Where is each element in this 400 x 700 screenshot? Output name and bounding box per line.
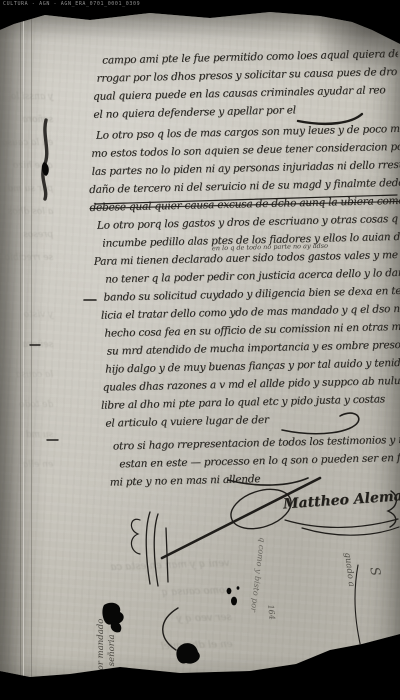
bleedthrough-line: señora (16, 330, 53, 360)
bleedthrough-line: en ella (16, 450, 53, 480)
bleedthrough-line: su md (16, 420, 53, 450)
marginalia-left-vertical: qui por mandado de su señoria (96, 619, 118, 692)
bleedthrough-line: en el dho quel (113, 631, 233, 662)
manuscript-page: y anssi loseñoraen la causaq se hizopor … (0, 0, 400, 700)
marginalia-right-paraph: S (368, 566, 380, 577)
signature-mateo-aleman: Mattheo Aleman (283, 487, 400, 512)
ink-dot (237, 586, 240, 590)
marginalia-line: qui por mandado (96, 619, 107, 692)
bleedthrough-line: de todo (16, 390, 53, 420)
archive-reference-label: CULTURA - AGN - AGN_ERA_0701_0001_0309 (3, 1, 140, 7)
bleedthrough-line: y visto (16, 300, 53, 330)
marginalia-right-vertical: guado a (341, 552, 356, 587)
bleedthrough-line: por su md (2, 178, 53, 201)
scan-viewer: CULTURA - AGN - AGN_ERA_0701_0001_0309 y… (0, 0, 400, 700)
bleedthrough-text-left-lower: y vistoseñorala causade todosu mden ella (16, 300, 53, 480)
marginalia-line: de su señoria (107, 619, 118, 692)
bleedthrough-line: presos (2, 224, 53, 247)
bleedthrough-line: en la causa (2, 132, 53, 155)
bleedthrough-line: se rrecibio (2, 247, 53, 270)
bleedthrough-line: q se hizo (2, 155, 53, 178)
bleedthrough-text-bottom: veni q y man en esta cacomo causa qser v… (110, 550, 233, 662)
manuscript-text-block: campo ami pte le fue permitido como loes… (86, 45, 400, 492)
rubric-scribble (131, 519, 140, 554)
bleedthrough-line: como causa q (111, 577, 231, 608)
bleedthrough-line: señora (2, 109, 53, 132)
bleedthrough-text-left: y anssi loseñoraen la causaq se hizopor … (2, 86, 53, 270)
bleedthrough-line: ser veo q y (112, 604, 232, 635)
bleedthrough-line: veni q y man en esta ca (110, 550, 230, 581)
signature-underline-1 (285, 519, 398, 527)
marginalia-center-vertical: q como y bisto por (248, 537, 268, 613)
bleedthrough-line: a los dhos (2, 201, 53, 224)
bleedthrough-line: la causa (16, 360, 53, 390)
right-margin-swash (355, 565, 361, 648)
signature-underline-2 (302, 527, 399, 535)
ink-dot (231, 597, 237, 606)
rubric-diagonal-stroke (162, 478, 320, 558)
bleedthrough-line: y anssi lo (2, 86, 53, 109)
folio-number: 164 (265, 604, 278, 620)
